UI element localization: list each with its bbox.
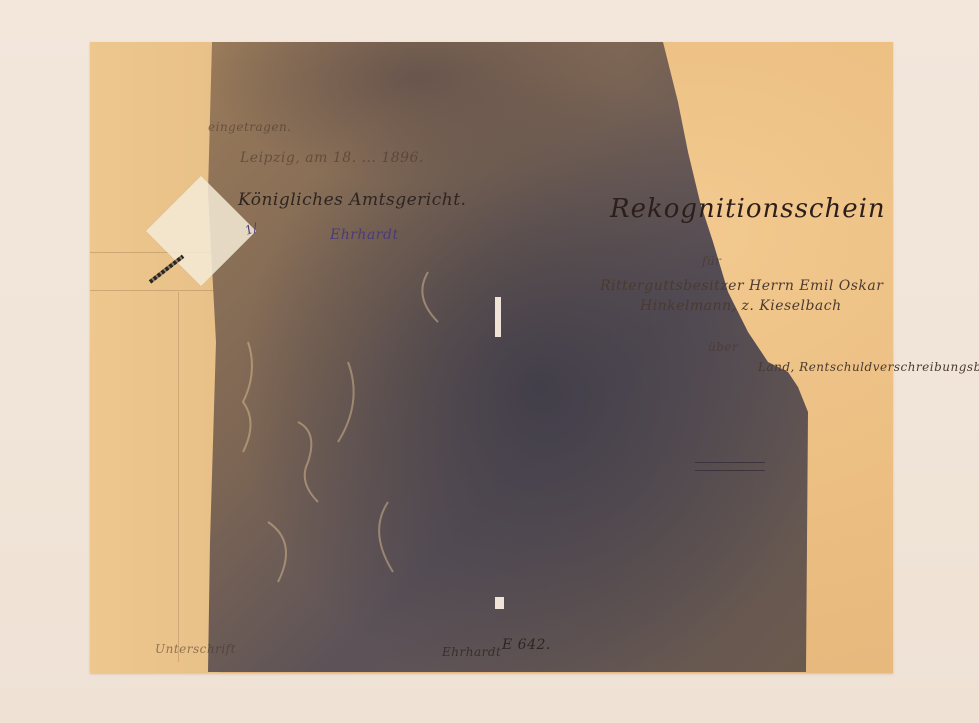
court-name: Königliches Amtsgericht. <box>238 190 466 210</box>
footer-middle-signature: Ehrhardt <box>442 645 501 659</box>
fold-tear <box>495 297 501 337</box>
recipient-line-1: Ritterguttsbesitzer Herrn Emil Oskar <box>600 278 883 294</box>
footer-left-signature: Unterschrift <box>155 642 236 656</box>
paper-left-margin <box>90 42 220 673</box>
recipient-prefix-2: über <box>708 340 738 354</box>
ruled-line <box>695 470 765 471</box>
recipient-line-2: Hinkelmann, z. Kieselbach <box>640 298 842 314</box>
recipient-prefix: für <box>702 254 721 268</box>
ruled-column-line <box>178 292 179 662</box>
fold-tear <box>495 597 504 609</box>
place-date: Leipzig, am 18. ... 1896. <box>240 150 424 166</box>
footer-reference: E 642. <box>502 637 551 653</box>
document-title: Rekognitionsschein <box>610 194 886 224</box>
document-sheet: eingetragen. Leipzig, am 18. ... 1896. K… <box>90 42 893 673</box>
ruled-line <box>695 462 765 463</box>
note-eingetragen: eingetragen. <box>208 120 292 134</box>
ruled-line <box>90 290 220 291</box>
violet-signature: Ehrhardt <box>330 227 399 243</box>
water-damage-stain <box>208 42 808 672</box>
recipient-line-3: Land, Rentschuldverschreibungsbrief <box>758 360 979 374</box>
